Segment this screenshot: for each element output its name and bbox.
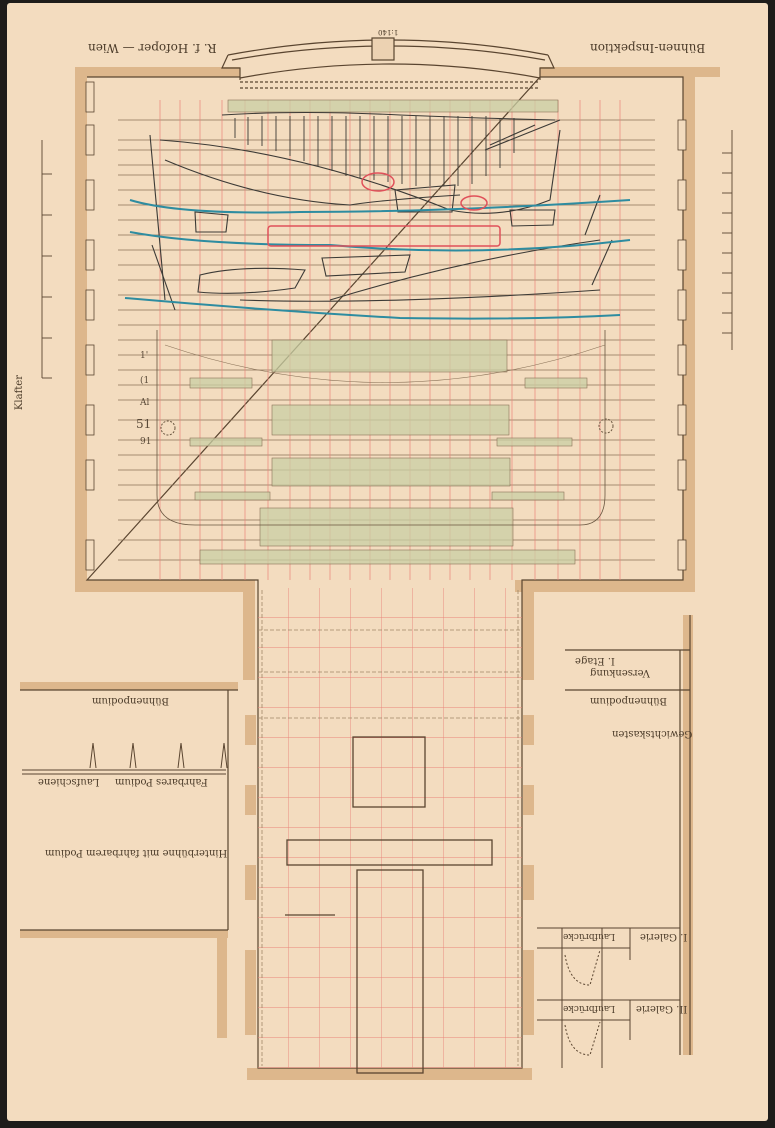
proscenium-arch bbox=[222, 38, 554, 88]
buehnenpodium-right-label: Bühnenpodium bbox=[590, 694, 667, 706]
publisher-label: R. f. Hofoper — Wien bbox=[88, 42, 217, 54]
pencil-mark-3: Al bbox=[140, 397, 149, 409]
galerie-2-label: II. Galerie bbox=[636, 1002, 687, 1014]
fahrbares-podium-label: Fahrbares Podium bbox=[115, 775, 208, 787]
title-label: Bühnen-Inspektion bbox=[590, 42, 705, 54]
gewichtskasten-label: Gewichtskasten bbox=[612, 727, 692, 739]
klafter-label: Klafter bbox=[14, 375, 28, 414]
backstage-grid bbox=[258, 588, 522, 1068]
galerie-1-label: I. Galerie bbox=[640, 930, 687, 942]
pencil-mark-1: 1' bbox=[140, 350, 148, 362]
wall-ladders bbox=[86, 82, 686, 570]
pencil-mark-2: (1 bbox=[140, 375, 149, 387]
laufbruecke-1-label: Laufbrücke bbox=[563, 930, 615, 942]
pencil-mark-5: 91 bbox=[140, 436, 151, 448]
laufbruecke-2-label: Laufbrücke bbox=[563, 1002, 615, 1014]
pencil-mark-4: 51 bbox=[136, 418, 151, 430]
podium-section bbox=[22, 743, 227, 774]
buehnenpodium-left-label: Bühnenpodium bbox=[92, 694, 169, 706]
stage-plan-drawing bbox=[0, 0, 775, 1128]
scale-ratio-label: 1:140 bbox=[378, 26, 398, 38]
podium-blocks bbox=[190, 100, 587, 564]
versenkung-label: Versenkung bbox=[590, 666, 650, 678]
hinterbuehne-caption: Hinterbühne mit fahrbarem Podium bbox=[45, 846, 227, 858]
gallery-section bbox=[537, 928, 680, 1068]
laufschiene-label: Laufschiene bbox=[38, 775, 99, 787]
etage-label: I. Etage bbox=[575, 654, 615, 666]
